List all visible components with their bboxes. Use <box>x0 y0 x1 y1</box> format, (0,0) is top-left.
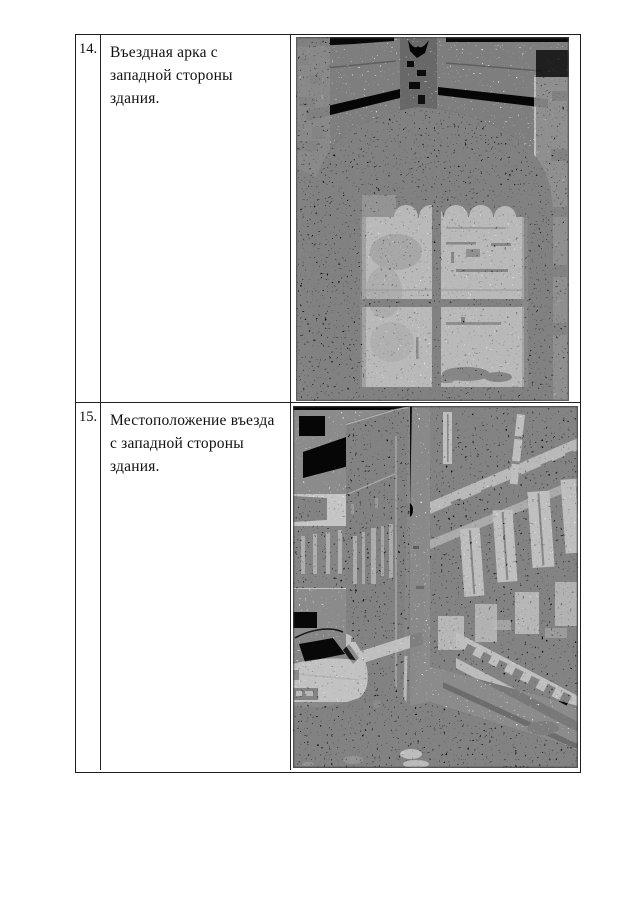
document-page: 14. Въездная арка с западной стороны зда… <box>0 0 640 905</box>
photo-table: 14. Въездная арка с западной стороны зда… <box>75 34 581 773</box>
row-description: Местоположение въезда с западной стороны… <box>101 403 291 770</box>
row-number: 15. <box>76 403 101 770</box>
row-photo-cell <box>291 403 580 770</box>
entrance-arch-photo <box>296 37 569 401</box>
row-number: 14. <box>76 35 101 402</box>
row-description: Въездная арка с западной стороны здания. <box>101 35 291 402</box>
table-row: 14. Въездная арка с западной стороны зда… <box>76 35 580 403</box>
table-row: 15. Местоположение въезда с западной сто… <box>76 403 580 770</box>
row-photo-cell <box>291 35 580 402</box>
street-view-photo <box>293 406 578 768</box>
